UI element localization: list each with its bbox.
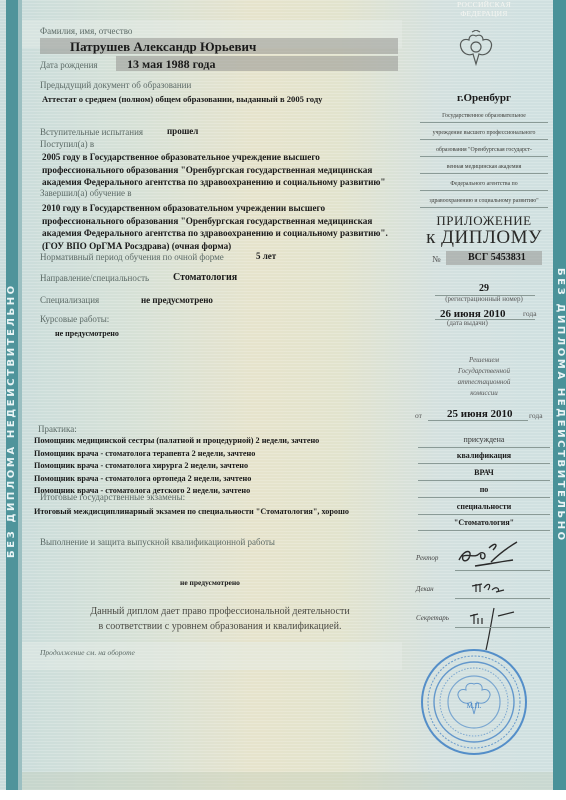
completed-value: 2010 году в Государственном образователь… bbox=[42, 202, 402, 252]
thesis-label: Выполнение и защита выпускной квалификац… bbox=[40, 537, 275, 547]
issue-year-word: года bbox=[523, 309, 537, 318]
coat-of-arms-icon bbox=[455, 30, 497, 68]
specialization-label: Специализация bbox=[40, 295, 99, 305]
coursework-value: не предусмотрено bbox=[55, 329, 119, 338]
rule bbox=[418, 530, 550, 531]
decision-line: Решением bbox=[420, 355, 548, 366]
practice-item: Помощник медицинской сестры (палатной и … bbox=[34, 435, 319, 448]
qualification-value: ВРАЧ bbox=[420, 468, 548, 477]
official-seal-icon: М.П. bbox=[420, 648, 528, 756]
specialty-value: Стоматология bbox=[173, 272, 237, 283]
period-label: Нормативный период обучения по очной фор… bbox=[40, 252, 224, 262]
country-line-2: ФЕДЕРАЦИЯ bbox=[420, 9, 548, 18]
specialty-label: Направление/специальность bbox=[40, 273, 149, 283]
practice-item: Помощник врача - стоматолога хирурга 2 н… bbox=[34, 460, 319, 473]
registration-caption: (регистрационный номер) bbox=[420, 295, 548, 303]
completed-label: Завершил(а) обучение в bbox=[40, 188, 132, 198]
practice-label: Практика: bbox=[38, 424, 77, 434]
exams-label: Итоговые государственные экзамены: bbox=[40, 492, 185, 502]
by-word: по bbox=[420, 485, 548, 494]
rule bbox=[418, 463, 550, 464]
practice-item: Помощник врача - стоматолога ортопеда 2 … bbox=[34, 473, 319, 486]
rule bbox=[418, 497, 550, 498]
dob-label: Дата рождения bbox=[40, 60, 98, 70]
decision-year-word: года bbox=[529, 411, 543, 420]
exams-value: Итоговый междисциплинарный экзамен по сп… bbox=[34, 507, 349, 516]
left-strip-edge bbox=[18, 0, 22, 790]
rule bbox=[418, 514, 550, 515]
decision-text: Решением Государственной аттестационной … bbox=[420, 355, 548, 399]
seal-text: М.П. bbox=[467, 702, 482, 710]
decision-prefix: от bbox=[415, 411, 422, 420]
dob-value: 13 мая 1988 года bbox=[127, 57, 215, 72]
rule bbox=[418, 480, 550, 481]
city: г.Оренбург bbox=[420, 92, 548, 104]
secretary-signature-icon bbox=[468, 606, 528, 652]
issue-caption: (дата выдачи) bbox=[447, 319, 488, 327]
rights-line-1: Данный диплом дает право профессионально… bbox=[60, 604, 380, 619]
title-to-diploma: к ДИПЛОМУ bbox=[420, 227, 548, 249]
registration-number: 29 bbox=[420, 283, 548, 294]
enrolled-value: 2005 году в Государственное образователь… bbox=[42, 151, 402, 189]
qualification-label: квалификация bbox=[420, 451, 548, 460]
country-header: РОССИЙСКАЯ ФЕДЕРАЦИЯ bbox=[420, 0, 548, 18]
entrance-value: прошел bbox=[167, 126, 198, 136]
institution-line: образования "Оренбургская государст- bbox=[420, 140, 548, 157]
rector-label: Ректор bbox=[416, 554, 438, 562]
institution-line: Государственное образовательное bbox=[420, 106, 548, 123]
secretary-line bbox=[455, 627, 550, 628]
thesis-value: не предусмотрено bbox=[180, 578, 240, 587]
institution-line: венная медицинская академия bbox=[420, 157, 548, 174]
practice-list: Помощник медицинской сестры (палатной и … bbox=[34, 435, 319, 498]
decision-date: 25 июня 2010 bbox=[447, 408, 513, 420]
rector-line bbox=[455, 570, 550, 571]
dean-line bbox=[455, 598, 550, 599]
specialty-word: специальности bbox=[420, 502, 548, 511]
diploma-number: ВСГ 5453831 bbox=[468, 252, 526, 263]
name-value: Патрушев Александр Юрьевич bbox=[70, 39, 256, 55]
enrolled-label: Поступил(а) в bbox=[40, 139, 94, 149]
secretary-label: Секретарь bbox=[416, 614, 449, 622]
institution-line: здравоохранению и социальному развитию" bbox=[420, 191, 548, 208]
decision-line-rule bbox=[428, 420, 528, 421]
decision-line: аттестационной bbox=[420, 377, 548, 388]
rector-signature-icon bbox=[455, 540, 525, 568]
rights-line-2: в соответствии с уровнем образования и к… bbox=[60, 619, 380, 634]
practice-item: Помощник врача - стоматолога терапевта 2… bbox=[34, 448, 319, 461]
rights-statement: Данный диплом дает право профессионально… bbox=[60, 604, 380, 634]
coursework-label: Курсовые работы: bbox=[40, 314, 109, 324]
side-warning-left: БЕЗ ДИПЛОМА НЕДЕЙСТВИТЕЛЬНО bbox=[6, 283, 17, 558]
number-label: № bbox=[432, 254, 441, 264]
institution-line: учреждение высшего профессионального bbox=[420, 123, 548, 140]
dean-label: Декан bbox=[416, 585, 434, 593]
footer-band bbox=[22, 772, 553, 790]
prev-doc-value: Аттестат о среднем (полном) общем образо… bbox=[42, 94, 322, 104]
continued-note: Продолжение см. на обороте bbox=[40, 648, 135, 657]
entrance-label: Вступительные испытания bbox=[40, 127, 143, 137]
awarded: присуждена bbox=[420, 435, 548, 444]
decision-line: комиссии bbox=[420, 388, 548, 399]
diploma-appendix-page: БЕЗ ДИПЛОМА НЕДЕЙСТВИТЕЛЬНО БЕЗ ДИПЛОМА … bbox=[0, 0, 566, 790]
name-label: Фамилия, имя, отчество bbox=[40, 26, 132, 36]
qualification-specialty: "Стоматология" bbox=[420, 518, 548, 527]
period-value: 5 лет bbox=[256, 251, 276, 261]
specialization-value: не предусмотрено bbox=[141, 295, 213, 305]
institution-name: Государственное образовательное учрежден… bbox=[420, 106, 548, 208]
institution-line: Федерального агентства по bbox=[420, 174, 548, 191]
side-warning-right: БЕЗ ДИПЛОМА НЕДЕЙСТВИТЕЛЬНО bbox=[555, 268, 566, 543]
dean-signature-icon bbox=[470, 578, 510, 596]
country-line-1: РОССИЙСКАЯ bbox=[420, 0, 548, 9]
decision-line: Государственной bbox=[420, 366, 548, 377]
rule bbox=[418, 447, 550, 448]
prev-doc-label: Предыдущий документ об образовании bbox=[40, 80, 191, 90]
